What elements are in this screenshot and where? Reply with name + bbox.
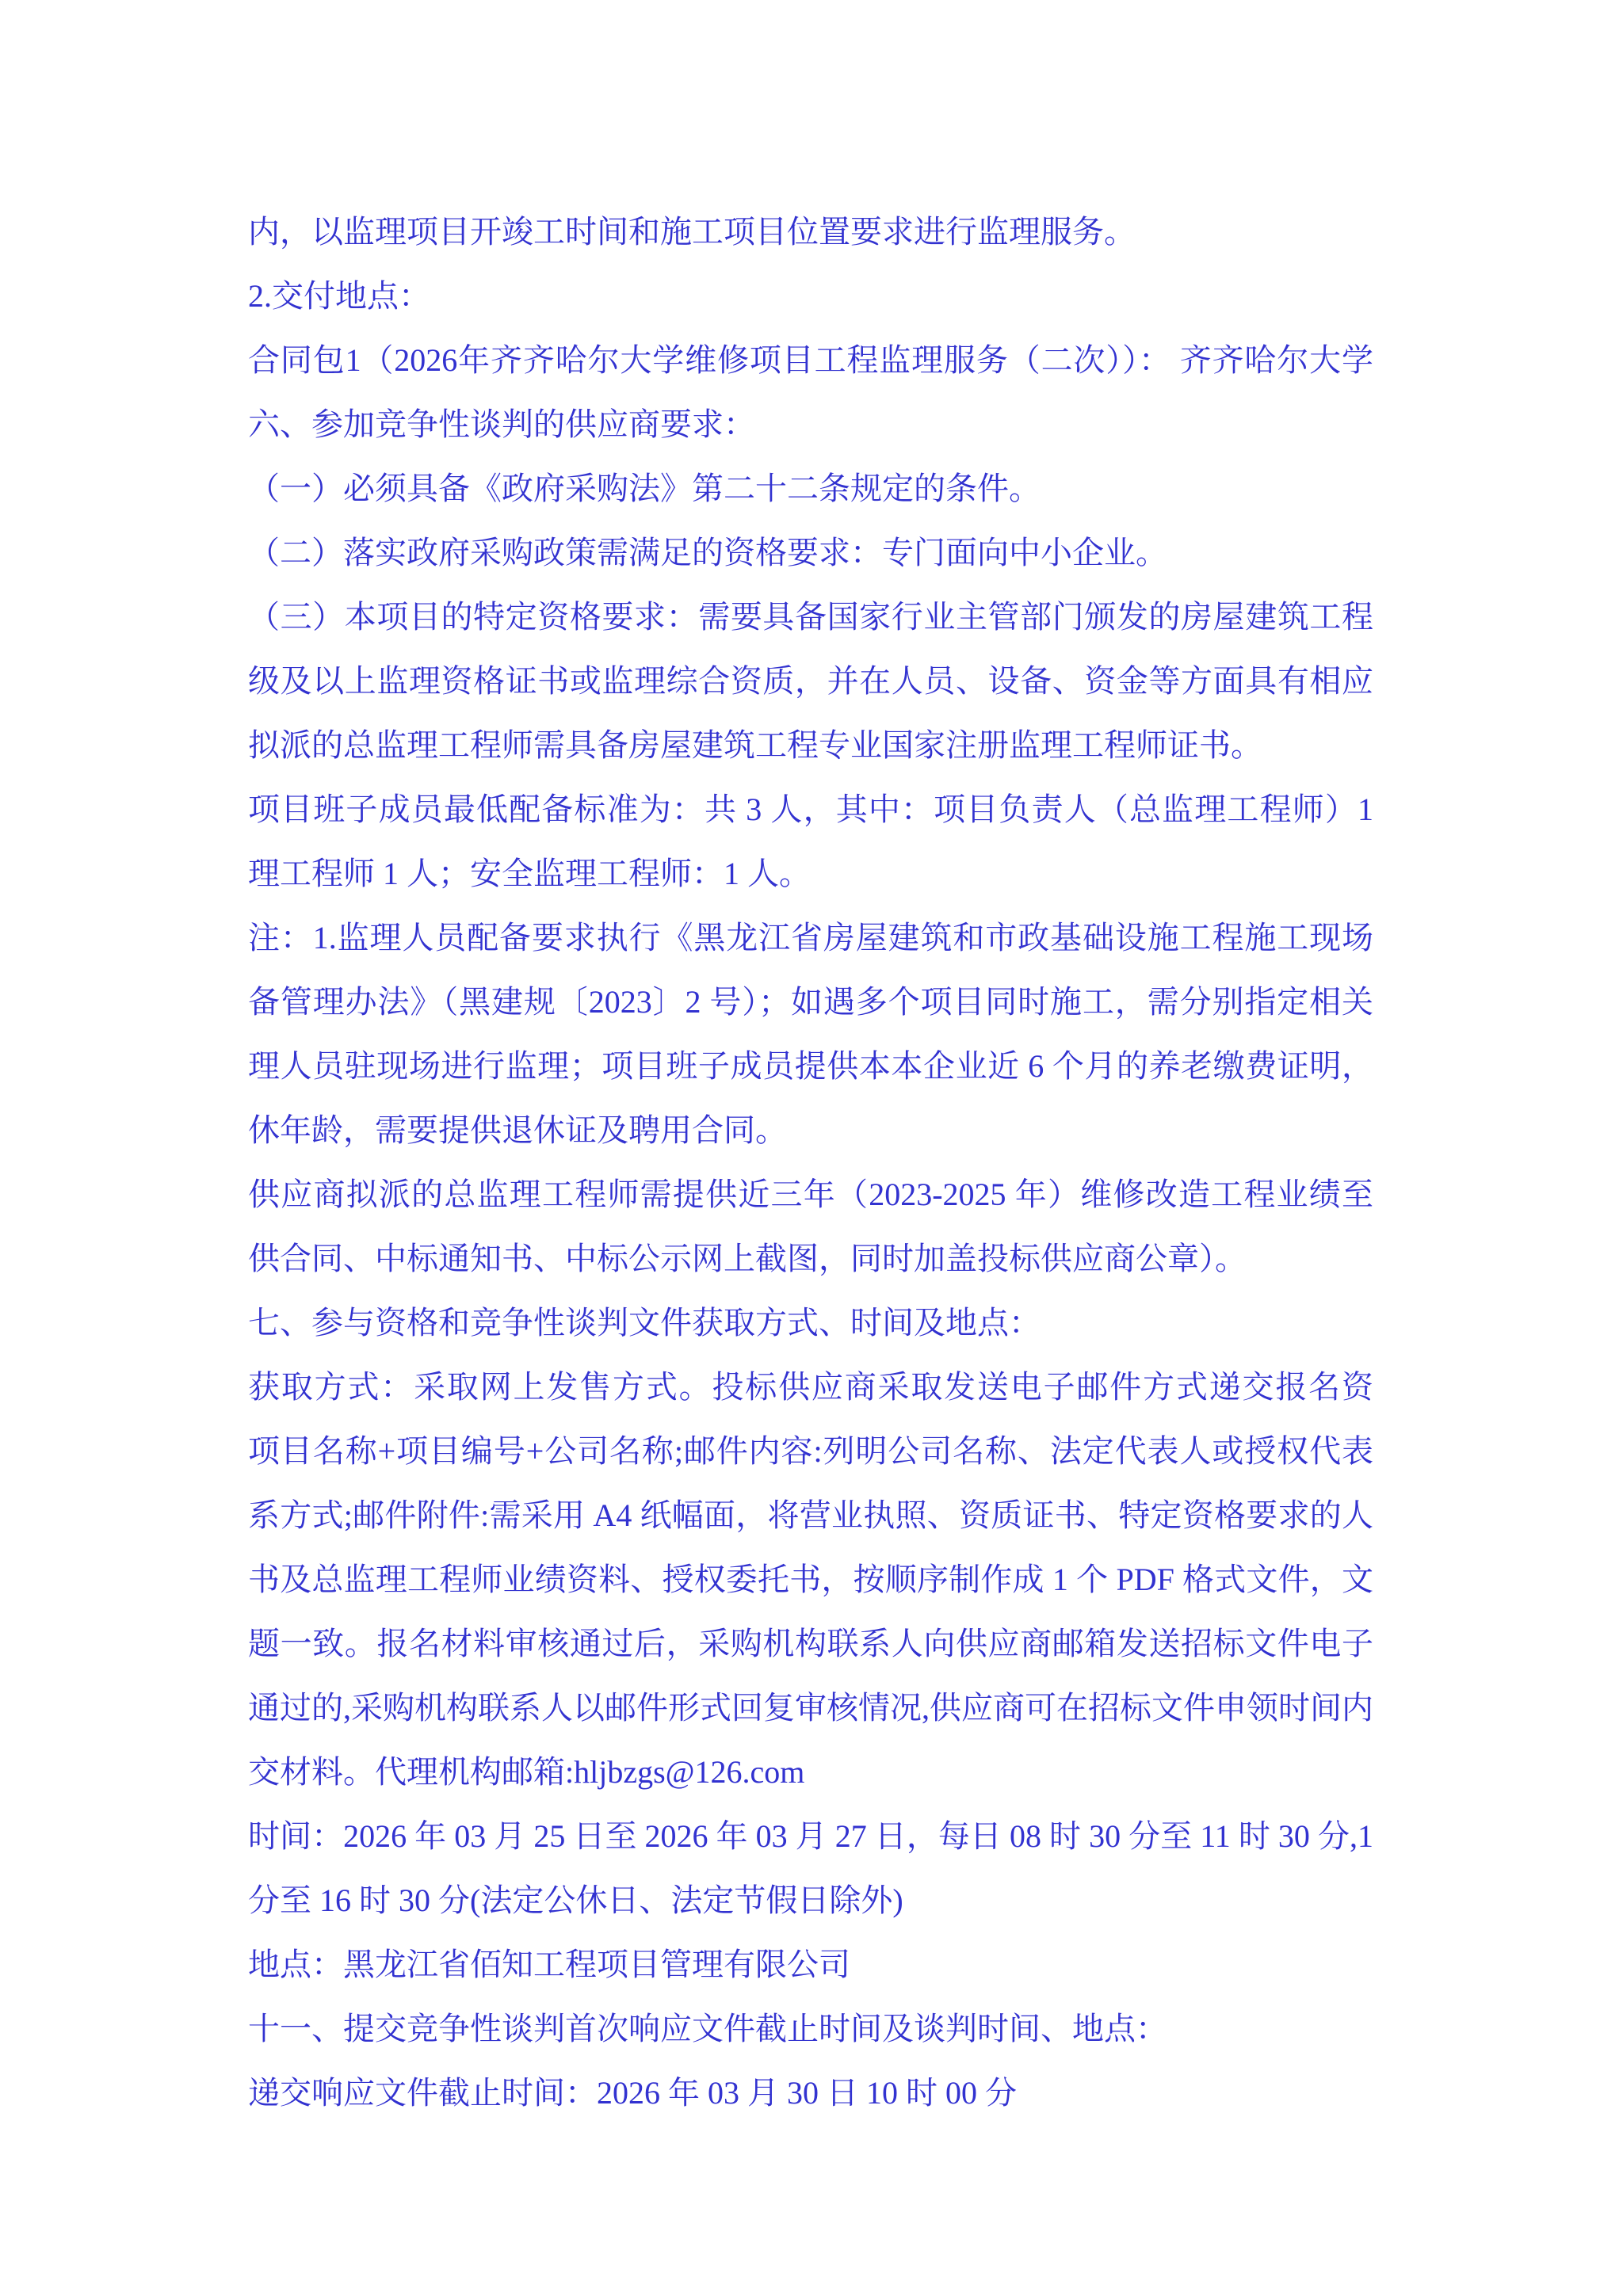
text-line-requirement-one: （一）必须具备《政府采购法》第二十二条规定的条件。: [248, 456, 1373, 521]
text-line-obtain-method-2: 项目名称+项目编号+公司名称;邮件内容:列明公司名称、法定代表人或授权代表人姓名…: [248, 1419, 1373, 1483]
text-line-performance-record-1: 供应商拟派的总监理工程师需提供近三年（2023-2025 年）维修改造工程业绩至…: [248, 1162, 1373, 1226]
text-line-obtain-time-2: 分至 16 时 30 分(法定公休日、法定节假日除外): [248, 1868, 1373, 1932]
text-line-obtain-method-1: 获取方式：采取网上发售方式。投标供应商采取发送电子邮件方式递交报名资料，邮件主题…: [248, 1355, 1373, 1419]
text-line-agency-email: 交材料。代理机构邮箱:hljbzgs@126.com: [248, 1740, 1373, 1804]
text-line-obtain-method-5: 题一致。报名材料审核通过后，采购机构联系人向供应商邮箱发送招标文件电子版:审核未: [248, 1611, 1373, 1676]
text-line-service-scope: 内，以监理项目开竣工时间和施工项目位置要求进行监理服务。: [248, 200, 1373, 264]
text-line-chief-engineer-cert: 拟派的总监理工程师需具备房屋建筑工程专业国家注册监理工程师证书。: [248, 713, 1373, 777]
text-line-section-seven-heading: 七、参与资格和竞争性谈判文件获取方式、时间及地点：: [248, 1291, 1373, 1355]
text-line-delivery-place-heading: 2.交付地点：: [248, 264, 1373, 328]
text-line-obtain-location: 地点：黑龙江省佰知工程项目管理有限公司: [248, 1932, 1373, 1997]
text-line-submission-deadline: 递交响应文件截止时间：2026 年 03 月 30 日 10 时 00 分: [248, 2061, 1373, 2125]
text-line-team-standard-2: 理工程师 1 人；安全监理工程师：1 人。: [248, 841, 1373, 906]
text-line-contract-package: 合同包1（2026年齐齐哈尔大学维修项目工程监理服务（二次））： 齐齐哈尔大学指…: [248, 328, 1373, 392]
document-page: 内，以监理项目开竣工时间和施工项目位置要求进行监理服务。 2.交付地点： 合同包…: [0, 0, 1623, 2296]
text-line-performance-record-2: 供合同、中标通知书、中标公示网上截图，同时加盖投标供应商公章）。: [248, 1226, 1373, 1291]
text-line-requirement-three-1: （三）本项目的特定资格要求：需要具备国家行业主管部门颁发的房屋建筑工程专业监理丙: [248, 585, 1373, 649]
text-line-obtain-method-3: 系方式;邮件附件:需采用 A4 纸幅面，将营业执照、资质证书、特定资格要求的人员…: [248, 1483, 1373, 1547]
text-line-note-1: 注：1.监理人员配备要求执行《黑龙江省房屋建筑和市政基础设施工程施工现场管理人员…: [248, 906, 1373, 970]
text-line-requirement-three-2: 级及以上监理资格证书或监理综合资质，并在人员、设备、资金等方面具有相应的履约能力…: [248, 649, 1373, 713]
document-text-block: 内，以监理项目开竣工时间和施工项目位置要求进行监理服务。 2.交付地点： 合同包…: [248, 200, 1373, 2125]
text-line-note-4: 休年龄，需要提供退休证及聘用合同。: [248, 1098, 1373, 1162]
text-line-note-3: 理人员驻现场进行监理；项目班子成员提供本本企业近 6 个月的养老缴费证明，如已达…: [248, 1034, 1373, 1098]
text-line-note-2: 备管理办法》（黑建规〔2023〕2 号）；如遇多个项目同时施工，需分别指定相关专…: [248, 970, 1373, 1034]
text-line-obtain-method-6: 通过的,采购机构联系人以邮件形式回复审核情况,供应商可在招标文件申领时间内重新提: [248, 1676, 1373, 1740]
text-line-requirement-two: （二）落实政府采购政策需满足的资格要求：专门面向中小企业。: [248, 521, 1373, 585]
text-line-team-standard-1: 项目班子成员最低配备标准为：共 3 人，其中：项目负责人（总监理工程师）1 人；…: [248, 777, 1373, 841]
text-line-obtain-time-1: 时间：2026 年 03 月 25 日至 2026 年 03 月 27 日，每日…: [248, 1804, 1373, 1868]
text-line-obtain-method-4: 书及总监理工程师业绩资料、授权委托书，按顺序制作成 1 个 PDF 格式文件，文…: [248, 1547, 1373, 1611]
text-line-section-six-heading: 六、参加竞争性谈判的供应商要求：: [248, 392, 1373, 456]
text-line-section-eleven-heading: 十一、提交竞争性谈判首次响应文件截止时间及谈判时间、地点：: [248, 1997, 1373, 2061]
